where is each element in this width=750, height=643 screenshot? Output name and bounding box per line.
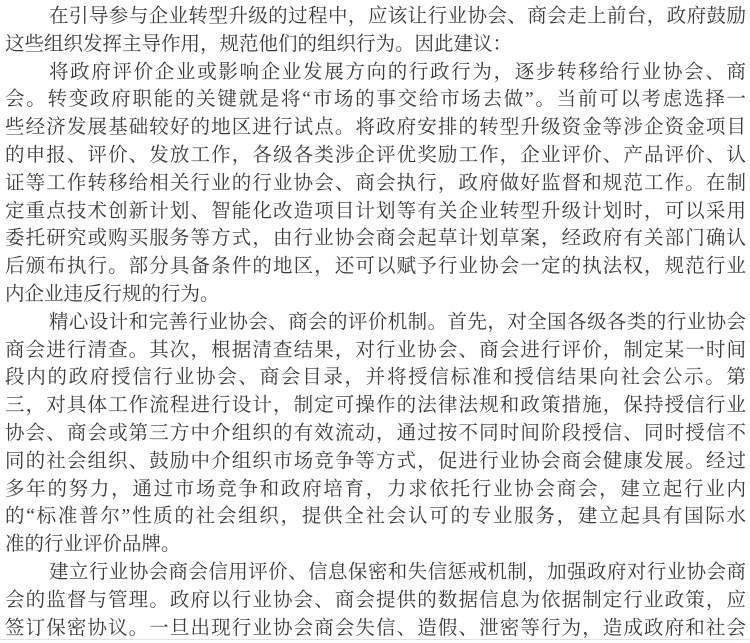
text-line: 内企业违反行规的行为。 bbox=[5, 281, 746, 309]
text-line: 委托研究或购买服务等方式，由行业协会商会起草计划草案，经政府有关部门确认 bbox=[5, 225, 746, 253]
text-line: 三，对具体工作流程进行设计，制定可操作的法律法规和政策措施，保持授信行业 bbox=[5, 392, 746, 420]
text-line: 将政府评价企业或影响企业发展方向的行政行为，逐步转移给行业协会、商 bbox=[5, 59, 746, 87]
document-text: 在引导参与企业转型升级的过程中，应该让行业协会、商会走上前台，政府鼓励这些组织发… bbox=[0, 0, 750, 642]
text-line: 商会进行清查。其次，根据清查结果，对行业协会、商会进行评价，制定某一时间 bbox=[5, 337, 746, 365]
text-line: 定重点技术创新计划、智能化改造项目计划等有关企业转型升级计划时，可以采用 bbox=[5, 198, 746, 226]
bottom-divider bbox=[0, 639, 750, 640]
text-line: 会的监督与管理。政府以行业协会、商会提供的数据信息为依据制定行业政策，应 bbox=[5, 587, 746, 615]
text-line: 在引导参与企业转型升级的过程中，应该让行业协会、商会走上前台，政府鼓励 bbox=[5, 3, 746, 31]
text-line: 建立行业协会商会信用评价、信息保密和失信惩戒机制，加强政府对行业协会商 bbox=[5, 559, 746, 587]
text-line: 协会、商会或第三方中介组织的有效流动，通过按不同时间阶段授信、同时授信不 bbox=[5, 420, 746, 448]
text-line: 这些组织发挥主导作用，规范他们的组织行为。因此建议： bbox=[5, 31, 746, 59]
text-line: 些经济发展基础较好的地区进行试点。将政府安排的转型升级资金等涉企资金项目 bbox=[5, 114, 746, 142]
text-line: 后颁布执行。部分具备条件的地区，还可以赋予行业协会一定的执法权，规范行业 bbox=[5, 253, 746, 281]
document-page: 在引导参与企业转型升级的过程中，应该让行业协会、商会走上前台，政府鼓励这些组织发… bbox=[0, 0, 750, 643]
text-line: 精心设计和完善行业协会、商会的评价机制。首先，对全国各级各类的行业协会 bbox=[5, 309, 746, 337]
text-line: 多年的努力，通过市场竞争和政府培育，力求依托行业协会商会，建立起行业内 bbox=[5, 476, 746, 504]
text-line: 的“标准普尔”性质的社会组织，提供全社会认可的专业服务，建立起具有国际水 bbox=[5, 503, 746, 531]
text-line: 段内的政府授信行业协会、商会目录，并将授信标准和授信结果向社会公示。第 bbox=[5, 364, 746, 392]
text-line: 准的行业评价品牌。 bbox=[5, 531, 746, 559]
text-line: 同的社会组织、鼓励中介组织市场竞争等方式，促进行业协会商会健康发展。经过 bbox=[5, 448, 746, 476]
text-line: 会。转变政府职能的关键就是将“市场的事交给市场去做”。当前可以考虑选择一 bbox=[5, 86, 746, 114]
text-line: 的申报、评价、发放工作，各级各类涉企评优奖励工作，企业评价、产品评价、认 bbox=[5, 142, 746, 170]
text-line: 证等工作转移给相关行业的行业协会、商会执行，政府做好监督和规范工作。在制 bbox=[5, 170, 746, 198]
